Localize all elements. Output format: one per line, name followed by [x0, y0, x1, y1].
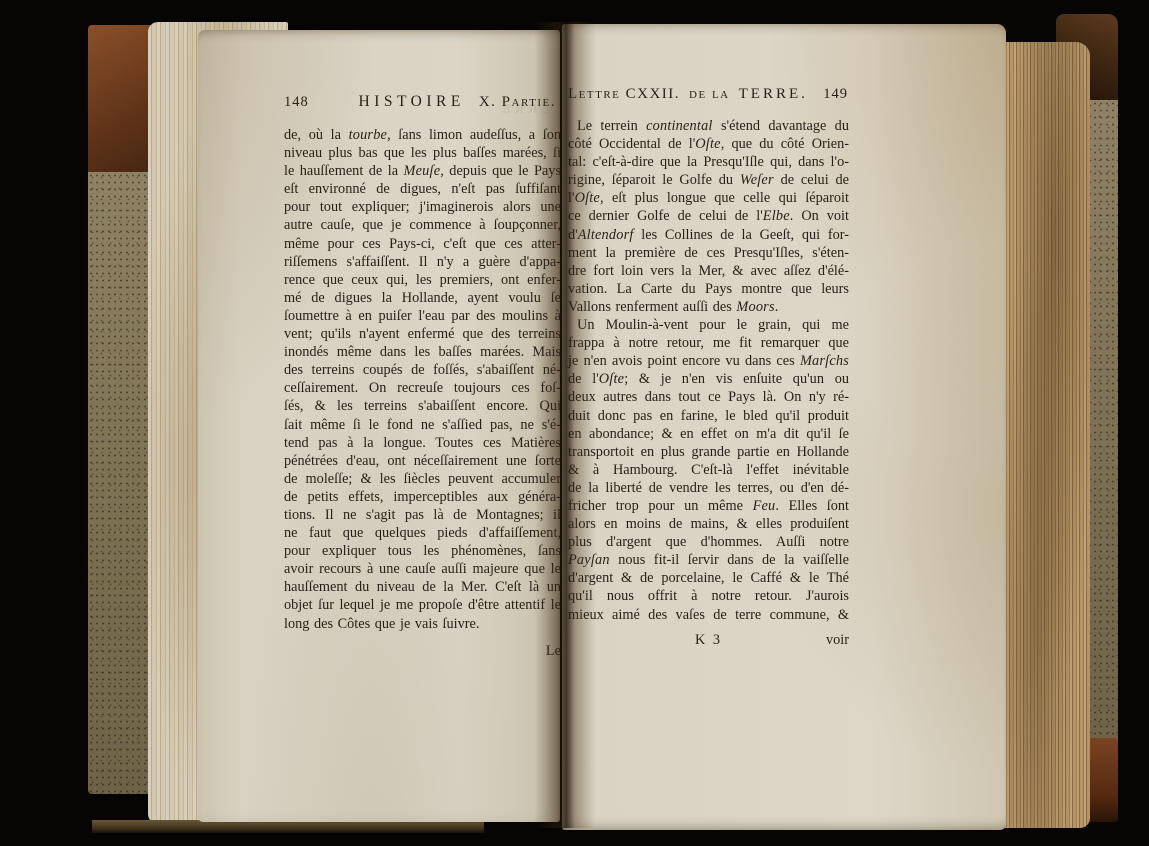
text-segment: le hauſſement de la: [284, 163, 404, 179]
text-segment: objet ſur lequel je me propoſe d'être at…: [284, 597, 561, 613]
text-segment: ſait même ſi le fond ne s'aſſied pas, ne…: [284, 417, 561, 433]
text-segment: , ſans limon audeſſus, a ſon: [387, 127, 561, 143]
italic-word: Feu: [753, 498, 776, 514]
text-segment: mieux aimé des vaſes de terre commune, &: [568, 607, 849, 623]
right-page-number: 149: [823, 86, 848, 103]
italic-word: Meuſe: [404, 163, 441, 179]
text-segment: inondés même dans les baſſes marées. Mai…: [284, 344, 561, 360]
text-line: rence que ceux qui, les premiers, ont en…: [284, 271, 561, 289]
text-segment: tal: c'eſt-à-dire que la Presqu'Iſle qui…: [568, 154, 849, 170]
text-segment: qu'il nous offrit à notre retour. J'auro…: [568, 588, 849, 604]
text-line: vent; qu'ils n'ayent enfermé que des ter…: [284, 325, 561, 343]
text-segment: s'étend davantage du: [713, 118, 849, 134]
text-segment: frappa à notre retour, me fit remarquer …: [568, 335, 849, 351]
text-line: ſés, & les terreins s'abaiſſent encore. …: [284, 397, 561, 415]
text-line: ce dernier Golfe de celui de l'Elbe. On …: [568, 207, 849, 225]
text-segment: eſt environné de digues, n'eſt pas ſuffi…: [284, 181, 561, 197]
left-catchword: Le: [546, 643, 561, 659]
text-line: Payſan nous fit-il ſervir dans de la vai…: [568, 551, 849, 569]
text-segment: ce dernier Golfe de celui de l': [568, 208, 763, 224]
text-segment: pour tout expliquer; j'imaginerois alors…: [284, 199, 561, 215]
text-segment: tions. Il ne s'agit pas là de Montagnes;…: [284, 507, 561, 523]
text-segment: de celui de: [774, 172, 849, 188]
text-segment: de moleſſe; & les ſiècles peuvent accumu…: [284, 471, 561, 487]
text-line: même pour ces Pays-ci, c'eſt que ces att…: [284, 235, 561, 253]
left-running-header: 148 HISTOIRE X. Partie.: [284, 93, 556, 111]
right-running-title-group: Lettre CXXII. de la TERRE.: [568, 86, 808, 103]
text-line: pénétrées d'eau, ont néceſſairement une …: [284, 452, 561, 470]
text-segment: Le terrein: [577, 118, 646, 134]
text-line: avoir recours à une cauſe auſſi majeure …: [284, 560, 561, 578]
text-segment: fricher trop pour un même: [568, 498, 753, 514]
text-line: l'Oſte, eſt plus longue que celle qui ſé…: [568, 189, 849, 207]
italic-word: tourbe: [349, 127, 388, 143]
text-segment: vent; qu'ils n'ayent enfermé que des ter…: [284, 326, 561, 342]
text-line: & à Hambourg. C'eſt-là l'effet inévitabl…: [568, 461, 849, 479]
text-segment: ſés, & les terreins s'abaiſſent encore. …: [284, 398, 561, 414]
text-line: tend pas à la longue. Toutes ces Matière…: [284, 434, 561, 452]
text-segment: . On voit: [790, 208, 849, 224]
text-line: mieux aimé des vaſes de terre commune, &: [568, 606, 849, 624]
text-line: autre cauſe, que je commence à ſoupçonne…: [284, 216, 561, 234]
text-segment: plus d'argent que d'hommes. Auſſi notre: [568, 534, 849, 550]
text-line: deux autres dans tout ce Pays là. On n'y…: [568, 388, 849, 406]
right-page: Lettre CXXII. de la TERRE. 149 Le terrei…: [562, 24, 1006, 830]
text-segment: mé de digues la Hollande, ayent voulu ſe: [284, 290, 561, 306]
text-segment: d': [568, 227, 578, 243]
right-catchword: voir: [826, 632, 849, 649]
text-segment: alors en moins de mains, & elles produiſ…: [568, 516, 849, 532]
italic-word: Oſte: [575, 190, 600, 206]
text-segment: hauſſement du niveau de la Mer. C'eſt là…: [284, 579, 561, 595]
text-line: des terreins coupés de foſſés, s'abaiſſe…: [284, 361, 561, 379]
text-line: de l'Oſte; & je n'en vis enſuite qu'un o…: [568, 370, 849, 388]
text-segment: long des Côtes que je vais ſuivre.: [284, 616, 479, 632]
text-segment: de la liberté de vendre les terres, ou d…: [568, 480, 849, 496]
text-segment: Vallons renferment auſſi des: [568, 299, 736, 315]
text-segment: deux autres dans tout ce Pays là. On n'y…: [568, 389, 849, 405]
text-segment: même pour ces Pays-ci, c'eſt que ces att…: [284, 236, 561, 252]
text-line: ne faut que quelques pieds d'affaiſſemen…: [284, 524, 561, 542]
left-page-number: 148: [284, 94, 309, 111]
italic-word: Oſte: [599, 371, 624, 387]
text-line: ſoumettre à en puiſer l'eau par des moul…: [284, 307, 561, 325]
text-line: plus d'argent que d'hommes. Auſſi notre: [568, 533, 849, 551]
text-line: tal: c'eſt-à-dire que la Presqu'Iſle qui…: [568, 153, 849, 171]
text-segment: ceſſairement. On recreuſe toujours ces f…: [284, 380, 561, 396]
text-segment: ſoumettre à en puiſer l'eau par des moul…: [284, 308, 561, 324]
text-line: rigine, ſéparoit le Golfe du Weſer de ce…: [568, 171, 849, 189]
italic-word: Payſan: [568, 552, 610, 568]
text-segment: ; & je n'en vis enſuite qu'un ou: [624, 371, 849, 387]
text-line: niveau plus bas que les plus baſſes maré…: [284, 144, 561, 162]
italic-word: Weſer: [740, 172, 774, 188]
text-line: duit donc pas en farine, le bled qu'il p…: [568, 407, 849, 425]
text-line: fricher trop pour un même Feu. Elles ſon…: [568, 497, 849, 515]
italic-word: Altendorf: [578, 227, 634, 243]
text-line: objet ſur lequel je me propoſe d'être at…: [284, 596, 561, 614]
text-segment: les Collines de la Geeſt, qui for-: [634, 227, 849, 243]
right-running-header: Lettre CXXII. de la TERRE. 149: [568, 86, 848, 103]
text-segment: ne faut que quelques pieds d'affaiſſemen…: [284, 525, 561, 541]
text-line: vation. La Carte du Pays montre que leur…: [568, 280, 849, 298]
book-photograph: TERRE 148 HISTOIRE X. Partie. de, où la …: [0, 0, 1149, 846]
left-catchword-line: Le: [284, 643, 561, 660]
text-line: ceſſairement. On recreuſe toujours ces f…: [284, 379, 561, 397]
text-line: d'argent & de porcelaine, le Caffé & le …: [568, 569, 849, 587]
right-signature-line: K 3 voir: [568, 632, 849, 650]
text-segment: , que du côté Orien-: [721, 136, 849, 152]
text-segment: tend pas à la longue. Toutes ces Matière…: [284, 435, 561, 451]
text-segment: transportoit en plus grande partie en Ho…: [568, 444, 849, 460]
text-segment: vation. La Carte du Pays montre que leur…: [568, 281, 849, 297]
text-line: hauſſement du niveau de la Mer. C'eſt là…: [284, 578, 561, 596]
italic-word: Elbe: [763, 208, 790, 224]
left-running-title: HISTOIRE: [359, 93, 465, 111]
text-line: tions. Il ne s'agit pas là de Montagnes;…: [284, 506, 561, 524]
text-segment: . Elles ſont: [775, 498, 849, 514]
right-running-letter: Lettre CXXII.: [568, 86, 680, 103]
text-segment: côté Occidental de l': [568, 136, 695, 152]
text-segment: .: [775, 299, 779, 315]
text-line: qu'il nous offrit à notre retour. J'auro…: [568, 587, 849, 605]
text-line: dre fort loin vers la Mer, & avec aſſez …: [568, 262, 849, 280]
text-line: pour tout expliquer; j'imaginerois alors…: [284, 198, 561, 216]
text-line: Le terrein continental s'étend davantage…: [568, 117, 849, 135]
text-line: de, où la tourbe, ſans limon audeſſus, a…: [284, 126, 561, 144]
text-segment: riſſemens s'affaiſſent. Il n'y a guère d…: [284, 254, 561, 270]
left-text-block: de, où la tourbe, ſans limon audeſſus, a…: [284, 126, 561, 633]
text-segment: des terreins coupés de foſſés, s'abaiſſe…: [284, 362, 561, 378]
text-segment: de, où la: [284, 127, 349, 143]
text-line: de moleſſe; & les ſiècles peuvent accumu…: [284, 470, 561, 488]
text-segment: , eſt plus longue que celle qui ſéparoit: [600, 190, 849, 206]
text-segment: de petits effets, imperceptibles aux gén…: [284, 489, 561, 505]
text-line: riſſemens s'affaiſſent. Il n'y a guère d…: [284, 253, 561, 271]
text-segment: Un Moulin-à-vent pour le grain, qui me: [577, 317, 849, 333]
text-line: ſait même ſi le fond ne s'aſſied pas, ne…: [284, 416, 561, 434]
text-line: eſt environné de digues, n'eſt pas ſuffi…: [284, 180, 561, 198]
text-segment: d'argent & de porcelaine, le Caffé & le …: [568, 570, 849, 586]
text-line: ment la première de ces Presqu'Iſles, s'…: [568, 244, 849, 262]
text-segment: nous fit-il ſervir dans de la vaiſſelle: [610, 552, 849, 568]
italic-word: continental: [646, 118, 713, 134]
text-line: transportoit en plus grande partie en Ho…: [568, 443, 849, 461]
text-line: Vallons renferment auſſi des Moors.: [568, 298, 849, 316]
italic-word: Oſte: [695, 136, 720, 152]
text-line: inondés même dans les baſſes marées. Mai…: [284, 343, 561, 361]
text-line: frappa à notre retour, me fit remarquer …: [568, 334, 849, 352]
text-segment: ment la première de ces Presqu'Iſles, s'…: [568, 245, 849, 261]
text-segment: en abondance; & en effet on m'a dit qu'i…: [568, 426, 849, 442]
text-line: d'Altendorf les Collines de la Geeſt, qu…: [568, 226, 849, 244]
text-line: côté Occidental de l'Oſte, que du côté O…: [568, 135, 849, 153]
text-segment: avoir recours à une cauſe auſſi majeure …: [284, 561, 561, 577]
right-text-block: Le terrein continental s'étend davantage…: [568, 117, 849, 624]
text-line: je n'en avois point encore vu dans ces M…: [568, 352, 849, 370]
left-running-part: X. Partie.: [479, 94, 556, 111]
text-segment: , depuis que le Pays: [440, 163, 561, 179]
text-segment: rence que ceux qui, les premiers, ont en…: [284, 272, 561, 288]
text-line: alors en moins de mains, & elles produiſ…: [568, 515, 849, 533]
right-running-de-la: de la: [689, 86, 730, 103]
text-segment: pour expliquer tous les phénomènes, ſans: [284, 543, 561, 559]
text-line: pour expliquer tous les phénomènes, ſans: [284, 542, 561, 560]
text-segment: autre cauſe, que je commence à ſoupçonne…: [284, 217, 561, 233]
text-line: de petits effets, imperceptibles aux gén…: [284, 488, 561, 506]
italic-word: Moors: [736, 299, 774, 315]
text-segment: niveau plus bas que les plus baſſes maré…: [284, 145, 561, 161]
text-line: en abondance; & en effet on m'a dit qu'i…: [568, 425, 849, 443]
text-line: mé de digues la Hollande, ayent voulu ſe: [284, 289, 561, 307]
left-page: TERRE 148 HISTOIRE X. Partie. de, où la …: [198, 30, 560, 822]
text-segment: de l': [568, 371, 599, 387]
text-segment: dre fort loin vers la Mer, & avec aſſez …: [568, 263, 849, 279]
italic-word: Marſchs: [800, 353, 849, 369]
text-segment: duit donc pas en farine, le bled qu'il p…: [568, 408, 849, 424]
text-segment: rigine, ſéparoit le Golfe du: [568, 172, 740, 188]
text-line: Un Moulin-à-vent pour le grain, qui me: [568, 316, 849, 334]
text-segment: pénétrées d'eau, ont néceſſairement une …: [284, 453, 561, 469]
right-running-title: TERRE.: [739, 86, 808, 103]
right-page-edges: [1000, 42, 1090, 828]
text-line: long des Côtes que je vais ſuivre.: [284, 615, 561, 633]
right-cover-board: [1086, 100, 1118, 748]
text-segment: & à Hambourg. C'eſt-là l'effet inévitabl…: [568, 462, 849, 478]
text-line: le hauſſement de la Meuſe, depuis que le…: [284, 162, 561, 180]
text-line: de la liberté de vendre les terres, ou d…: [568, 479, 849, 497]
text-segment: je n'en avois point encore vu dans ces: [568, 353, 800, 369]
gathering-signature: K 3: [695, 632, 722, 649]
